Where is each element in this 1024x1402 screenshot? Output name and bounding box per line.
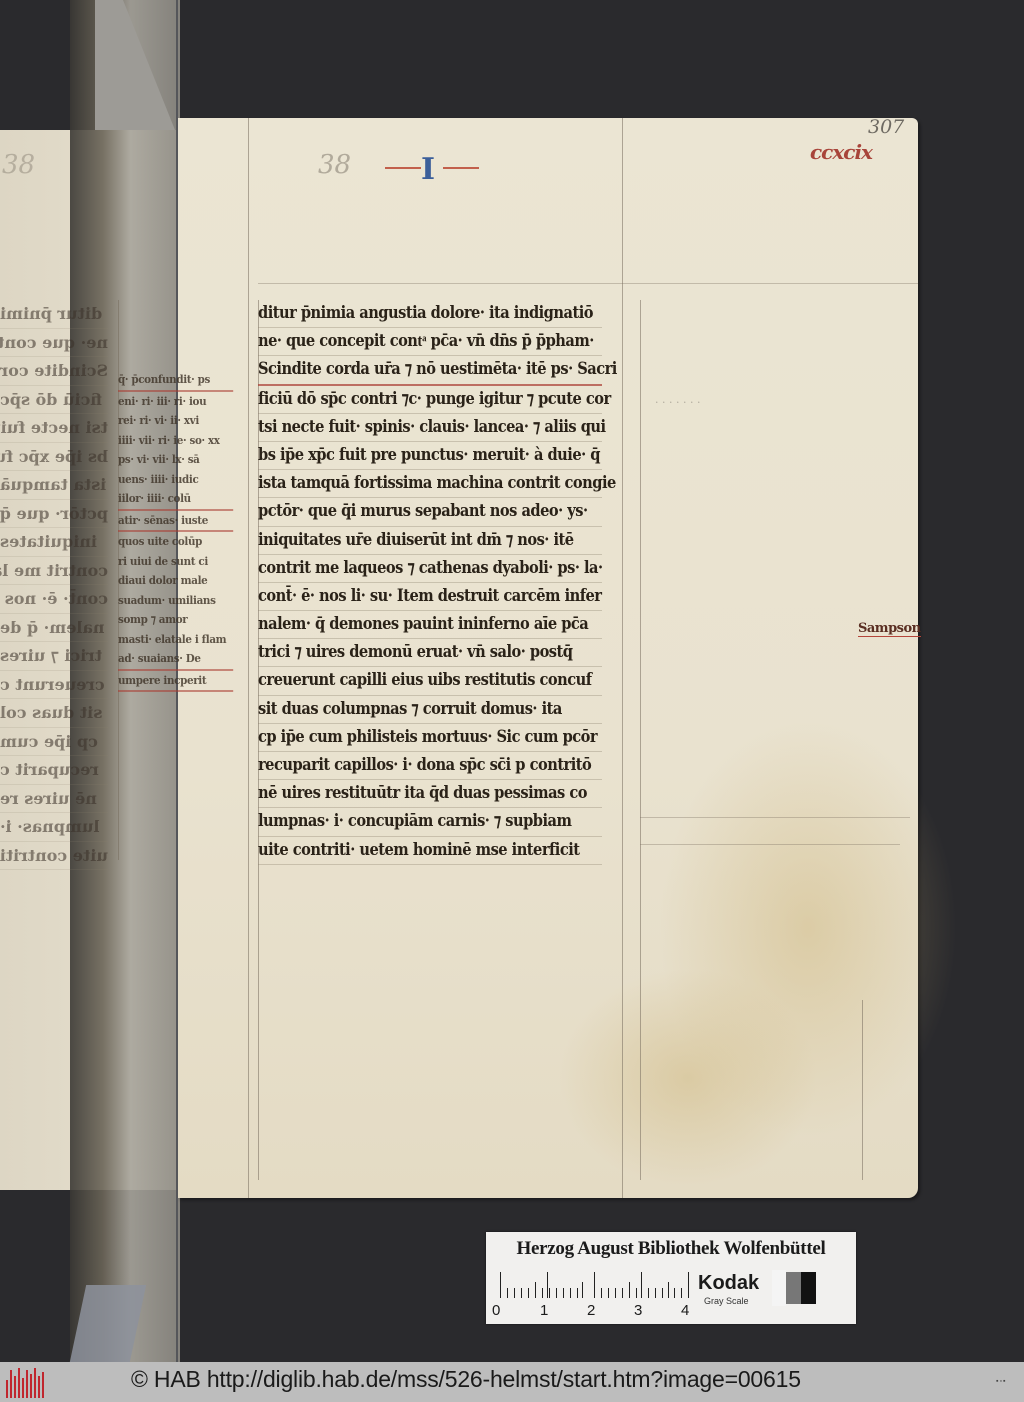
corner-glyph-icon: ▪▫▪ (996, 1378, 1006, 1385)
red-flourish-right (443, 167, 479, 169)
gloss-line: ri uiui de sunt ci (118, 552, 233, 572)
text-line: ista tamquā (0, 471, 108, 500)
marginal-gloss-column: q̄· p̄confundit· ps eni· ri· iii· ri· io… (118, 370, 246, 692)
gloss-line: masti· elatale i flam (118, 630, 233, 650)
folio-number-rubric: ccxcix (810, 140, 872, 164)
text-line: ficiū dō sp̄c contri ⁊c· punge igitur ⁊ … (258, 386, 602, 414)
text-line: nalem· q̄ demones pauint ininferno aīe p… (258, 611, 602, 639)
text-line: sit duas columpnas ⁊ corruit domus· ita (258, 696, 602, 724)
gloss-line: uens· iiii· iudic (118, 470, 233, 490)
main-text-column: ditur p̄nimia angustia dolore· ita indig… (258, 300, 658, 865)
left-page-text-column: ditur p̄nimi ne· que cont Scindite cor f… (0, 300, 108, 870)
ruler-number: 1 (540, 1302, 548, 1319)
water-stain (558, 968, 818, 1188)
ruler-number: 3 (634, 1302, 642, 1319)
ruler-number: 4 (681, 1302, 689, 1319)
text-line: iniquitates (0, 528, 108, 557)
text-line: nē uires restituūtr ita q̄d duas pessima… (258, 780, 602, 808)
text-line: uite contriti· uetem hominē mse interfic… (258, 837, 602, 865)
text-line: Scindite cor (0, 357, 108, 386)
text-line: recuparit c (0, 756, 108, 785)
gloss-line: rei· ri· vi· ii· xvi (118, 411, 233, 431)
gloss-line: ps· vi· vii· lx· sā (118, 450, 233, 470)
ruling-line-horizontal (640, 817, 910, 818)
text-line: iniquitates ur̄e diuiserūt int dm̄ ⁊ nos… (258, 527, 602, 555)
text-line: ficiū dō sp̄c (0, 386, 108, 415)
text-line: nalem· q̄ de (0, 614, 108, 643)
ruler-number: 2 (587, 1302, 595, 1319)
ruler-scale (498, 1272, 694, 1298)
color-calibration-bar: Herzog August Bibliothek Wolfenbüttel 0 … (486, 1232, 856, 1324)
red-flourish-left (385, 167, 421, 169)
blue-initial: I (421, 155, 435, 185)
text-line: creuerunt c (0, 671, 108, 700)
ruling-line-horizontal (258, 283, 918, 284)
text-line: cont̄· ē· nos l (0, 585, 108, 614)
text-line: sit duas col (0, 699, 108, 728)
gloss-line: suadum· umilians (118, 591, 233, 611)
gloss-line: iilor· iiii· colū (118, 489, 233, 511)
text-line: contrit me la (0, 557, 108, 586)
hab-barcode-logo-icon[interactable] (6, 1368, 46, 1398)
white-patch (772, 1270, 786, 1306)
text-line: ditur p̄nimia angustia dolore· ita indig… (258, 300, 602, 328)
pencil-mark-left: 38 (2, 150, 35, 180)
gloss-line: q̄· p̄confundit· ps (118, 370, 233, 392)
text-line: ditur p̄nimi (0, 300, 108, 329)
text-line: creuerunt capilli eius uibs restitutis c… (258, 667, 602, 695)
gray-scale-label: Gray Scale (704, 1296, 749, 1306)
viewer-footer: © HAB http://diglib.hab.de/mss/526-helms… (0, 1362, 1024, 1402)
gloss-line: ad· suaians· De (118, 649, 233, 671)
text-line: tsi necte fuit (0, 414, 108, 443)
pencil-mark-gathering: 38 (318, 150, 351, 180)
text-line: bs ip̄e xp̄c fuit pre punctus· meruit· à… (258, 442, 602, 470)
gloss-line: umpere incperit (118, 671, 233, 693)
text-line: ne· que concepit contͣ pc̄a· vn̄ dn̄s p̄… (258, 328, 602, 356)
text-line: cp ip̄e cum philisteis mortuus· Sic cum … (258, 724, 602, 752)
text-line: recuparit capillos· i· dona sp̄c sc̄i p … (258, 752, 602, 780)
text-line: ne· que cont (0, 329, 108, 358)
text-line: nē uires re (0, 785, 108, 814)
kodak-brand: Kodak (698, 1272, 759, 1295)
ruling-line-vertical (248, 118, 249, 1198)
text-line: trici ⁊ uires demonū eruat· vn̄ salo· po… (258, 639, 602, 667)
gloss-line: iiii· vii· ri· ie· so· xx (118, 431, 233, 451)
text-line: tsi necte fuit· spinis· clauis· lancea· … (258, 414, 602, 442)
text-line: trici ⁊ uires (0, 642, 108, 671)
text-line: ista tamquā fortissima machina contrit c… (258, 470, 602, 498)
text-line: lumpnas· i· concupiām carnis· ⁊ supbiam (258, 808, 602, 836)
folio-number-pencil: 307 (868, 116, 904, 138)
text-line: uite contriti (0, 842, 108, 871)
copyright-url[interactable]: © HAB http://diglib.hab.de/mss/526-helms… (131, 1366, 801, 1393)
gloss-line: atir· sēnas· iuste (118, 511, 233, 533)
text-line: Scindite corda ur̄a ⁊ nō uestimēta· itē … (258, 356, 602, 385)
gloss-line: quos uite colūp (118, 532, 233, 552)
text-line: pctōr· que q̄ (0, 500, 108, 529)
ruler-number: 0 (492, 1302, 500, 1319)
text-line: cp ip̄e cum (0, 728, 108, 757)
image-viewer: 38 38 I 307 ccxcix · · · · · · · Sampson… (0, 0, 1024, 1362)
gloss-line: somp ⁊ amor (118, 610, 233, 630)
gloss-line: eni· ri· iii· ri· iou (118, 392, 233, 412)
faint-margin-note: · · · · · · · (655, 396, 700, 409)
margin-note-sampson: Sampson (858, 621, 921, 637)
text-line: cont̄· ē· nos li· su· Item destruit carc… (258, 583, 602, 611)
text-line: contrit me laqueos ⁊ cathenas dyaboli· p… (258, 555, 602, 583)
library-name: Herzog August Bibliothek Wolfenbüttel (486, 1238, 856, 1260)
gloss-line: diaui dolor male (118, 571, 233, 591)
ruling-line-horizontal (640, 844, 900, 845)
text-line: pctōr· que q̄i murus sepabant nos adeo· … (258, 498, 602, 526)
running-title-ornament: I (383, 153, 483, 185)
text-line: lumpnas· i· (0, 813, 108, 842)
ruling-line-vertical (862, 1000, 863, 1180)
text-line: bs ip̄e xp̄c fu (0, 443, 108, 472)
gray-scale-patches (786, 1272, 816, 1304)
